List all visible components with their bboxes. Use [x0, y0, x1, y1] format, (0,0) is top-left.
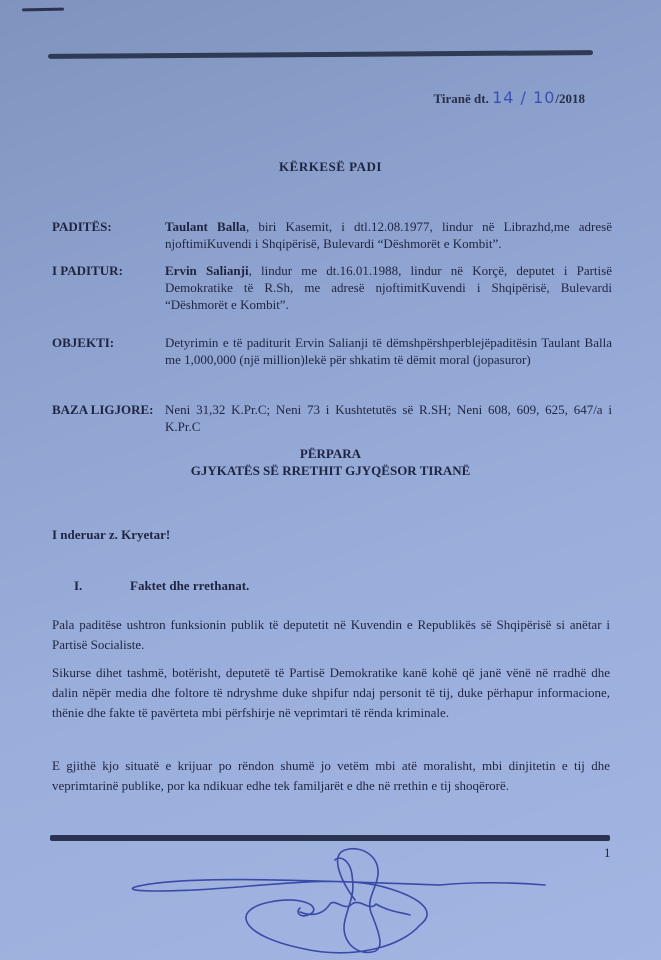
signature-icon — [0, 800, 661, 960]
field-legal-basis: BAZA LIGJORE: Neni 31,32 K.Pr.C; Neni 73… — [52, 401, 612, 435]
field-value: Ervin Salianji, lindur me dt.16.01.1988,… — [165, 262, 612, 313]
section-heading: I.Faktet dhe rrethanat. — [74, 578, 249, 594]
field-label: BAZA LIGJORE: — [52, 401, 162, 418]
field-object: OBJEKTI: Detyrimin e të paditurit Ervin … — [52, 334, 612, 368]
field-plaintiff: PADITËS: Taulant Balla, biri Kasemit, i … — [52, 218, 612, 252]
header-rule — [48, 50, 593, 59]
document-title: KËRKESË PADI — [0, 159, 661, 175]
paragraph: E gjithë kjo situatë e krijuar po rëndon… — [52, 756, 610, 796]
corner-mark — [22, 8, 64, 12]
paragraph: Pala paditëse ushtron funksionin publik … — [52, 615, 610, 655]
date-prefix: Tiranë dt. — [433, 91, 488, 106]
paragraph: Sikurse dihet tashmë, botërisht, deputet… — [52, 663, 610, 723]
party-name: Ervin Salianji — [165, 263, 249, 278]
section-title: Faktet dhe rrethanat. — [130, 578, 249, 593]
field-label: OBJEKTI: — [52, 334, 162, 351]
field-value: Detyrimin e të paditurit Ervin Salianji … — [165, 334, 612, 368]
field-label: PADITËS: — [52, 218, 162, 235]
document-page: Tiranë dt. 14 / 10/2018 KËRKESË PADI PAD… — [0, 0, 661, 960]
greeting: I nderuar z. Kryetar! — [52, 527, 170, 543]
field-defendant: I PADITUR: Ervin Salianji, lindur me dt.… — [52, 262, 612, 313]
section-number: I. — [74, 578, 130, 594]
date-year: /2018 — [555, 91, 585, 106]
party-name: Taulant Balla — [165, 219, 246, 234]
date-line: Tiranë dt. 14 / 10/2018 — [433, 88, 585, 107]
court-heading-line2: GJYKATËS SË RRETHIT GJYQËSOR TIRANË — [0, 462, 661, 479]
field-value: Neni 31,32 K.Pr.C; Neni 73 i Kushtetutës… — [165, 401, 612, 435]
court-heading-line1: PËRPARA — [0, 445, 661, 462]
field-value: Taulant Balla, biri Kasemit, i dtl.12.08… — [165, 218, 612, 252]
date-handwritten: 14 / 10 — [492, 88, 555, 107]
field-label: I PADITUR: — [52, 262, 162, 279]
